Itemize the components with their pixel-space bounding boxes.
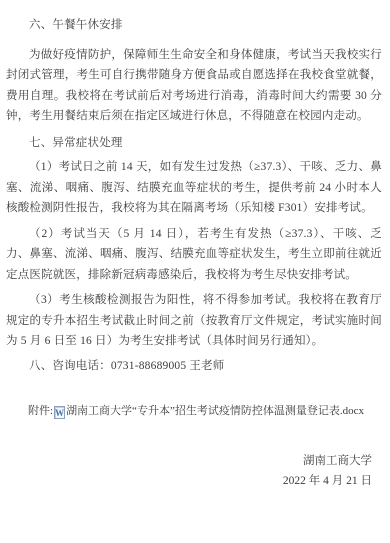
paragraph-symptom-item-1: （1）考试日之前 14 天，如有发生过发热（≥37.3）、干咳、乏力、鼻塞、流涕… bbox=[6, 157, 382, 219]
word-doc-icon[interactable]: W bbox=[54, 406, 65, 419]
paragraph-symptom-item-3: （3）考生核酸检测报告为阳性，将不得参加考试。我校将在教育厅规定的专升本招生考试… bbox=[6, 290, 382, 352]
signature-date: 2022 年 4 月 21 日 bbox=[6, 471, 372, 492]
heading-contact-phone: 八、咨询电话：0731-88689005 王老师 bbox=[6, 356, 382, 377]
heading-lunch-arrangement: 六、午餐午休安排 bbox=[6, 15, 382, 36]
attachment-line: 附件:W湖南工商大学“专升本”招生考试疫情防控体温测量登记表.docx bbox=[6, 401, 382, 422]
signature-organization: 湖南工商大学 bbox=[6, 451, 372, 472]
heading-abnormal-symptoms: 七、异常症状处理 bbox=[6, 133, 382, 154]
attachment-label: 附件: bbox=[28, 405, 53, 417]
paragraph-symptom-item-2: （2）考试当天（5 月 14 日），若考生有发热（≥37.3）、干咳、乏力、鼻塞… bbox=[6, 224, 382, 286]
signature-block: 湖南工商大学 2022 年 4 月 21 日 bbox=[6, 451, 372, 492]
attachment-filename[interactable]: 湖南工商大学“专升本”招生考试疫情防控体温测量登记表.docx bbox=[66, 405, 364, 417]
document-page: 六、午餐午休安排 为做好疫情防护，保障师生生命安全和身体健康，考试当天我校实行封… bbox=[0, 0, 390, 543]
paragraph-lunch-body: 为做好疫情防护，保障师生生命安全和身体健康，考试当天我校实行封闭式管理，考生可自… bbox=[6, 45, 382, 127]
